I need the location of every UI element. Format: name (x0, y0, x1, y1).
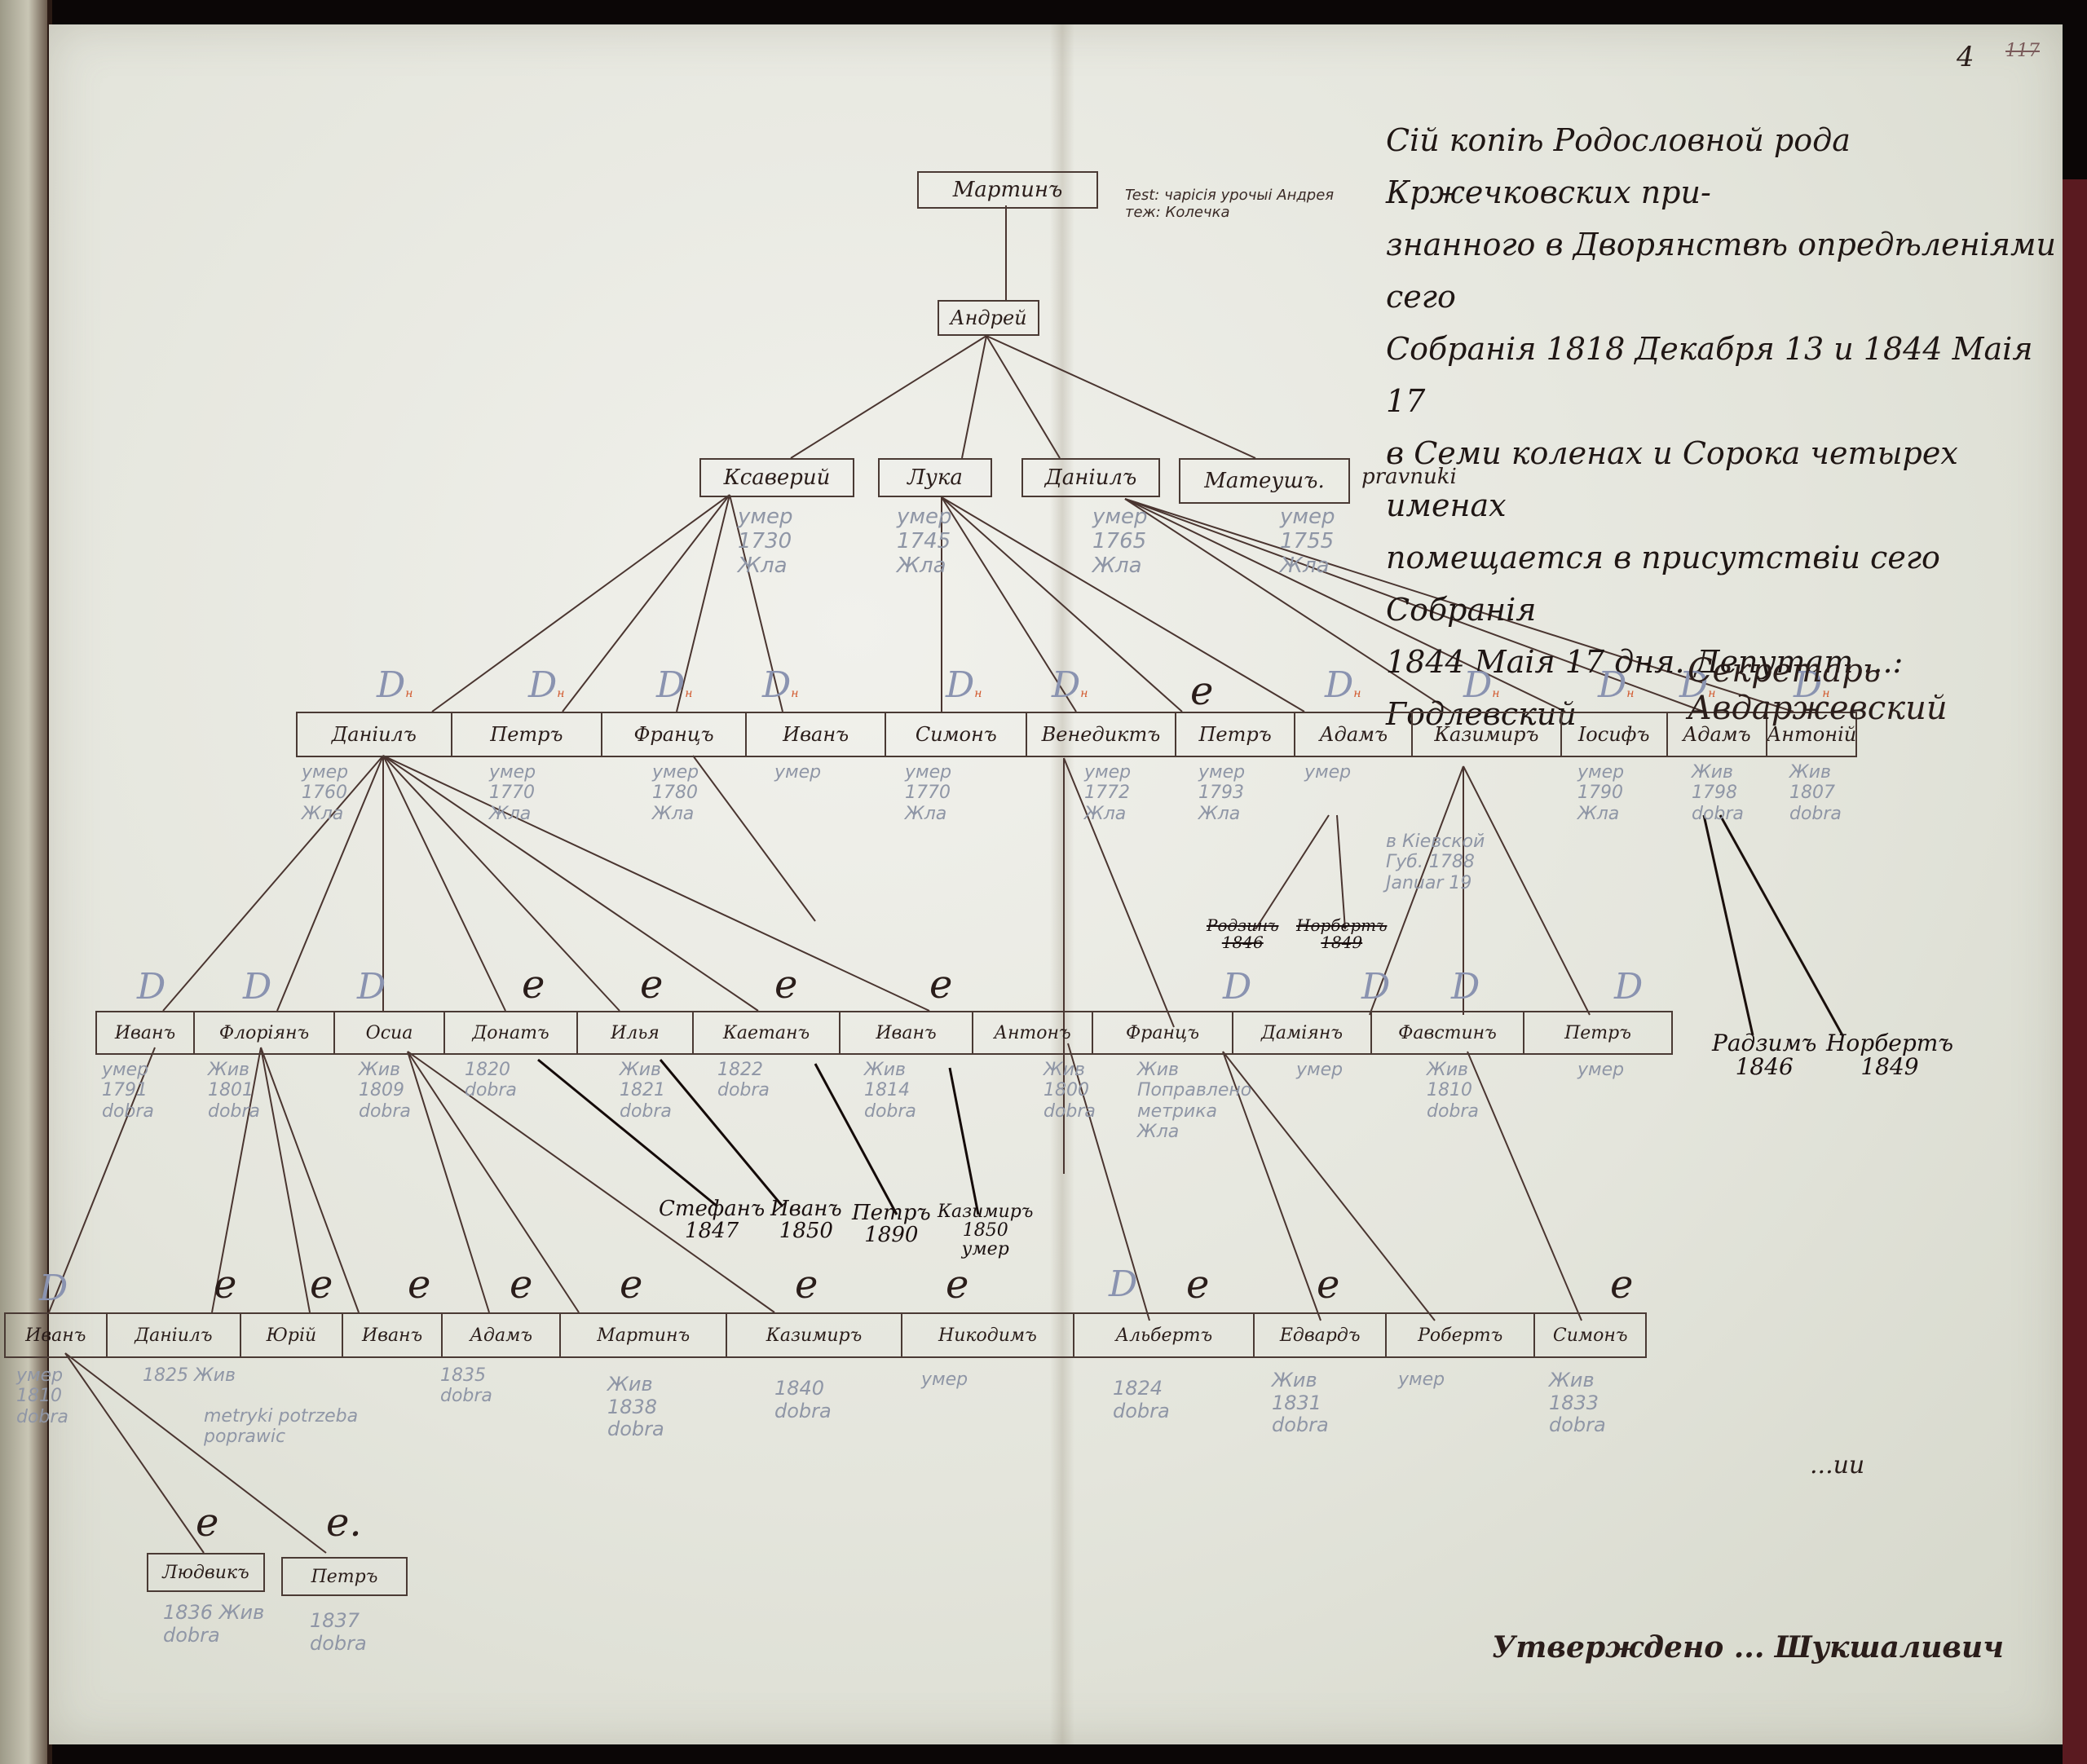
pencil-note: 1820 dobra (465, 1060, 517, 1101)
person-cell: Фавстинъ (1372, 1012, 1524, 1053)
generation-6-row: Иванъ Данiилъ Юрiй Иванъ Адамъ Мартинъ К… (4, 1312, 1647, 1358)
pencil-note: Жив 1821 dobra (620, 1060, 672, 1122)
pencil-note: metryki potrzeba poprawic (204, 1406, 358, 1448)
pencil-note: Жив 1807 dobra (1789, 762, 1842, 824)
pencil-note: умер 1770 Жла (489, 762, 536, 824)
status-marker: Dн (762, 664, 799, 706)
status-marker: e (946, 1262, 968, 1308)
certification-line: Собранiя 1818 Декабря 13 и 1844 Маiя 17 (1386, 323, 2071, 427)
pencil-note: умер (1398, 1369, 1445, 1390)
status-marker: Dн (1598, 664, 1635, 706)
generation-4-row: Данiилъ Петръ Францъ Иванъ Симонъ Венеди… (296, 712, 1857, 757)
status-marker: e (1186, 1262, 1209, 1308)
person-cell: Иванъ (841, 1012, 973, 1053)
pencil-note: умер 1810 dobra (16, 1365, 68, 1427)
pencil-note: 1825 Жив (143, 1365, 236, 1386)
pencil-note: Жив 1810 dobra (1427, 1060, 1479, 1122)
status-marker: D (1109, 1263, 1137, 1305)
person-cell: Адамъ (1295, 713, 1413, 756)
person-box-gen3: Матеушъ. (1179, 458, 1350, 504)
pencil-note: умер (774, 762, 821, 783)
generation-5-row: Иванъ Флорiянъ Осиа Донатъ Илья Каетанъ … (95, 1011, 1673, 1055)
person-cell: Иванъ (97, 1012, 195, 1053)
certification-line: знанного в Дворянствѣ опредѣленiями сего (1386, 218, 2071, 323)
pencil-note: Жив 1809 dobra (359, 1060, 411, 1122)
ink-child: Стефанъ1847 (659, 1198, 765, 1243)
person-box-gen3: Ксаверий (699, 458, 854, 497)
pencil-note: 1837 dobra (310, 1610, 367, 1655)
pencil-note: умер (1304, 762, 1351, 783)
status-marker: e (1610, 1262, 1633, 1308)
status-marker: D (137, 966, 165, 1008)
person-cell: Иванъ (343, 1314, 443, 1356)
person-cell: Петръ (452, 713, 603, 756)
pencil-note: умер (1296, 1060, 1343, 1080)
person-cell: Альбертъ (1074, 1314, 1255, 1356)
person-cell: Иванъ (747, 713, 887, 756)
ink-child: Иванъ1850 (770, 1198, 842, 1243)
person-cell: Петръ (1524, 1012, 1671, 1053)
bottom-signature: Утверждено ... Шукшаливич (1492, 1630, 2004, 1665)
status-marker: Dн (528, 664, 565, 706)
pencil-note: 1840 dobra (774, 1378, 832, 1422)
person-cell: Робертъ (1387, 1314, 1535, 1356)
person-box-gen2: Андрей (938, 300, 1039, 336)
status-marker: D (1614, 966, 1643, 1008)
person-cell: Венедиктъ (1027, 713, 1176, 756)
certification-line: помещается в присутствiи сего Собранiя (1386, 531, 2071, 636)
pencil-note: Жив 1833 dobra (1549, 1369, 1606, 1437)
pencil-note: умер 1791 dobra (102, 1060, 154, 1122)
certification-line: в Семи коленах и Сорока четырех именах (1386, 427, 2071, 531)
gen1-annotation: Test: чарiсiя урочыi Андрея теж: Колечка (1125, 187, 1334, 221)
status-marker: D (357, 966, 386, 1008)
gen3-pencil-note: умер 1745 Жла (897, 505, 952, 579)
pencil-note: 1824 dobra (1113, 1378, 1170, 1422)
pencil-note: умер (921, 1369, 968, 1390)
pencil-note: Жив 1831 dobra (1272, 1369, 1329, 1437)
certification-line: Сiй копiѣ Родословной рода Кржечковских … (1386, 114, 2071, 218)
pencil-note: 1822 dobra (717, 1060, 770, 1101)
folio-number: 117 (2005, 41, 2040, 61)
status-marker: e (310, 1262, 333, 1308)
pencil-note: в Кiевской Губ. 1788 Januar 19 (1386, 831, 1485, 893)
status-marker: e (774, 962, 797, 1008)
person-box-gen7: Людвикъ (147, 1553, 265, 1592)
person-cell: Данiилъ (298, 713, 452, 756)
gen3-pencil-note: умер 1755 Жла (1280, 505, 1335, 579)
gen3-pencil-note: умер 1765 Жла (1092, 505, 1148, 579)
pencil-note: Жив 1800 dobra (1043, 1060, 1096, 1122)
person-cell: Мартинъ (561, 1314, 727, 1356)
status-marker: e (510, 1262, 532, 1308)
pencil-note: умер 1793 Жла (1198, 762, 1245, 824)
person-cell: Адамъ (443, 1314, 561, 1356)
gen3-note: pravnuki (1361, 465, 1457, 489)
status-marker: D (243, 966, 271, 1008)
person-cell: Флорiянъ (195, 1012, 335, 1053)
person-cell: Илья (578, 1012, 694, 1053)
page-number: 4 (1957, 41, 1974, 73)
status-marker: e (620, 1262, 642, 1308)
pencil-note: 1836 Жив dobra (163, 1602, 264, 1647)
certification-text: Сiй копiѣ Родословной рода Кржечковских … (1386, 114, 2071, 740)
status-marker: Dн (377, 664, 413, 706)
person-cell: Антонъ (973, 1012, 1093, 1053)
status-marker: Dн (656, 664, 693, 706)
side-child: Норбертъ1849 (1826, 1031, 1953, 1079)
pencil-note: Жив 1838 dobra (607, 1374, 664, 1441)
pencil-note: Жив 1798 dobra (1692, 762, 1744, 824)
person-cell: Едвардъ (1255, 1314, 1387, 1356)
secretary-signature: Секретарь Авдаржевский (1688, 652, 2087, 727)
person-cell: Иванъ (6, 1314, 108, 1356)
pencil-note: Жив 1814 dobra (864, 1060, 916, 1122)
person-box-gen3: Данiилъ (1021, 458, 1160, 497)
person-cell: Францъ (602, 713, 747, 756)
status-marker: e (214, 1262, 236, 1308)
status-marker: Dн (946, 664, 982, 706)
person-cell: Петръ (1176, 713, 1296, 756)
pencil-note: умер 1790 Жла (1577, 762, 1624, 824)
person-box-gen3: Лука (878, 458, 992, 497)
status-marker: e (408, 1262, 430, 1308)
status-marker: e (1190, 668, 1213, 714)
person-box-gen1: Мартинъ (917, 171, 1098, 209)
pencil-note: умер 1760 Жла (302, 762, 348, 824)
struck-child: Норбертъ1849 (1296, 917, 1387, 951)
struck-child: Родзинъ1846 (1207, 917, 1278, 951)
status-marker: e (929, 962, 952, 1008)
pencil-note: 1835 dobra (440, 1365, 492, 1407)
person-cell: Симонъ (886, 713, 1027, 756)
small-mark: ...ии (1810, 1451, 1864, 1480)
person-cell: Каетанъ (694, 1012, 841, 1053)
person-cell: Iосифъ (1562, 713, 1668, 756)
status-marker: D (1451, 966, 1480, 1008)
pencil-note: умер (1577, 1060, 1624, 1080)
person-cell: Францъ (1093, 1012, 1233, 1053)
status-marker: e (795, 1262, 818, 1308)
status-marker: e (1317, 1262, 1339, 1308)
gen3-pencil-note: умер 1730 Жла (738, 505, 793, 579)
status-marker: D (39, 1268, 68, 1309)
person-cell: Донатъ (445, 1012, 578, 1053)
pencil-note: умер 1770 Жла (905, 762, 951, 824)
person-cell: Осиа (335, 1012, 445, 1053)
status-marker: D (1223, 966, 1251, 1008)
person-cell: Никодимъ (902, 1314, 1074, 1356)
status-marker: e (522, 962, 545, 1008)
person-box-gen7: Петръ (281, 1557, 408, 1596)
pencil-note: Жив 1801 dobra (208, 1060, 260, 1122)
pencil-note: умер 1772 Жла (1084, 762, 1131, 824)
status-marker: D (1361, 966, 1390, 1008)
person-cell: Казимиръ (727, 1314, 902, 1356)
person-cell: Юрiй (241, 1314, 343, 1356)
person-cell: Данiилъ (108, 1314, 242, 1356)
person-cell: Симонъ (1535, 1314, 1645, 1356)
status-marker: Dн (1325, 664, 1361, 706)
person-cell: Дамiянъ (1233, 1012, 1372, 1053)
status-marker: e. (326, 1500, 362, 1546)
side-child: Радзимъ1846 (1712, 1031, 1816, 1079)
pencil-note: умер 1780 Жла (652, 762, 699, 824)
status-marker: e (640, 962, 663, 1008)
status-marker: e (196, 1500, 218, 1546)
pencil-note: Жив Поправлено метрика Жла (1137, 1060, 1251, 1142)
status-marker: Dн (1052, 664, 1088, 706)
ink-child: Казимиръ1850умер (938, 1202, 1033, 1259)
person-cell: Казимиръ (1413, 713, 1562, 756)
ink-child: Петръ1890 (852, 1202, 931, 1247)
status-marker: Dн (1463, 664, 1500, 706)
